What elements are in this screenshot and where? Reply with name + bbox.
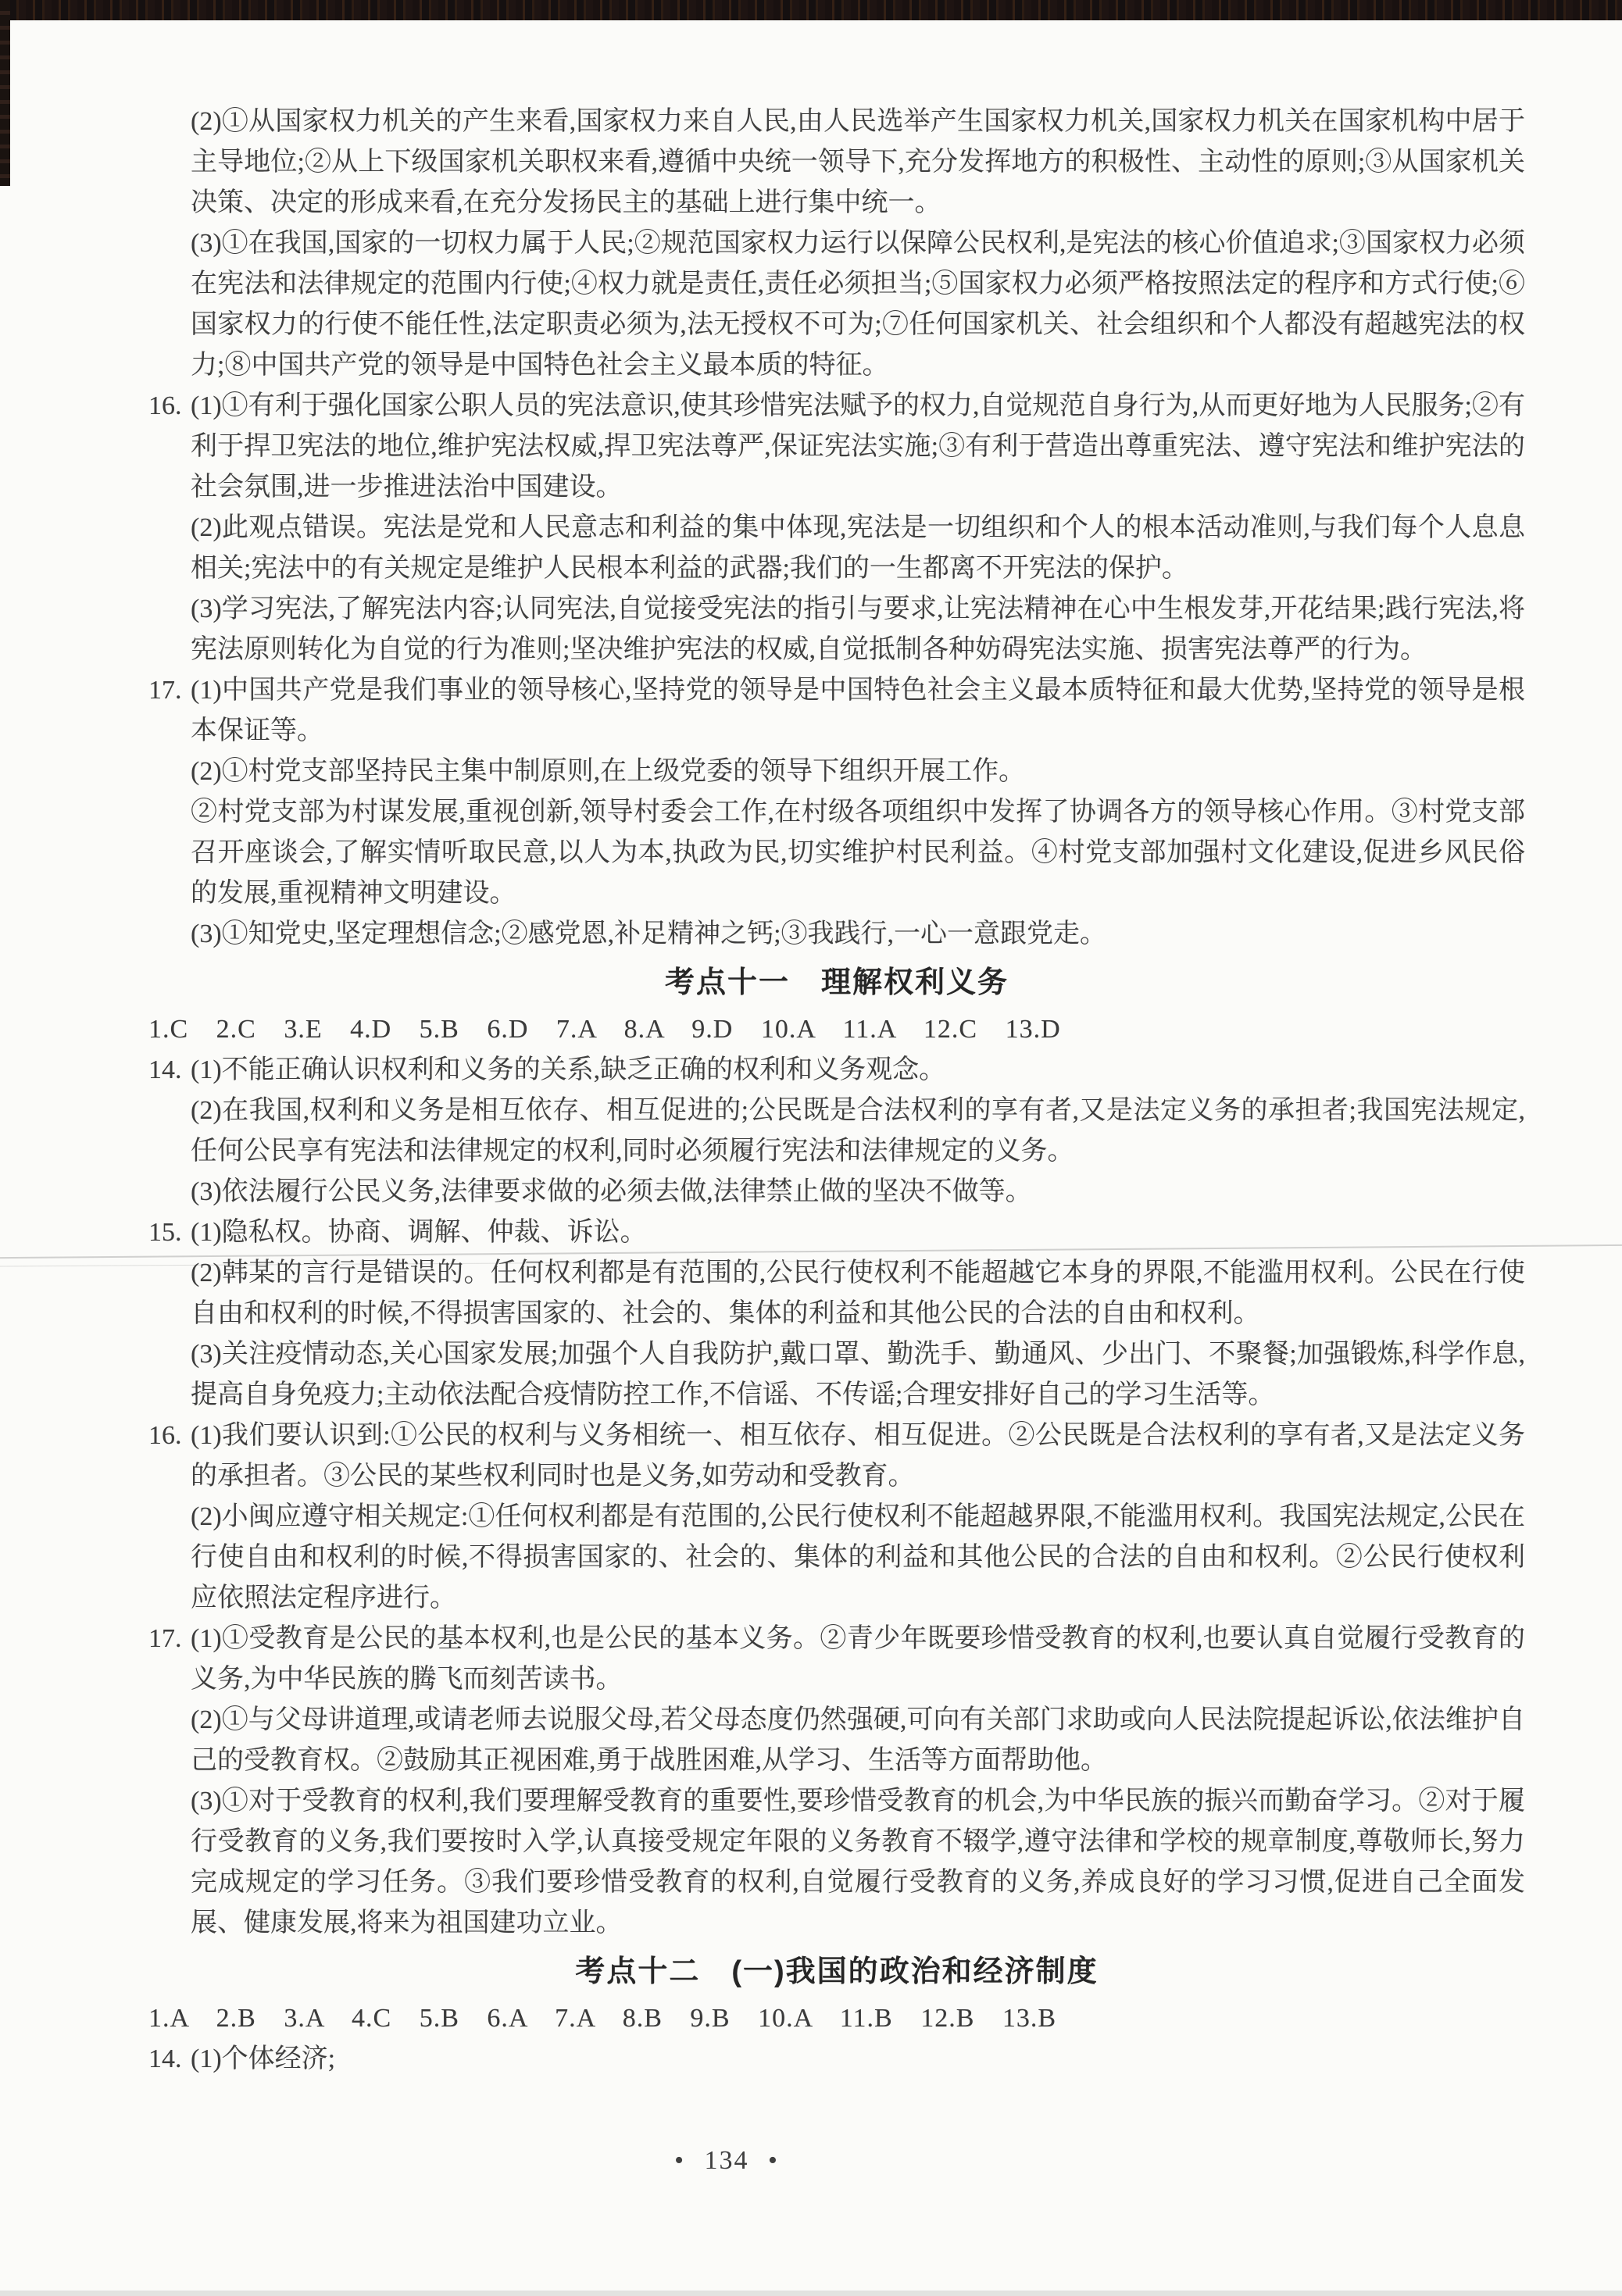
answer-text: (1)①受教育是公民的基本权利,也是公民的基本义务。②青少年既要珍惜受教育的权利… <box>191 1619 1525 1700</box>
answer-paragraph: 16. (1)①有利于强化国家公职人员的宪法意识,使其珍惜宪法赋予的权力,自觉规… <box>148 386 1525 508</box>
answer-paragraph: (2)小闽应遵守相关规定:①任何权利都是有范围的,公民行使权利不能超越界限,不能… <box>148 1497 1525 1619</box>
item-number: 16. <box>148 1416 191 1497</box>
answer-text: (3)①对于受教育的权利,我们要理解受教育的重要性,要珍惜受教育的机会,为中华民… <box>191 1781 1525 1944</box>
answer-text: (1)个体经济; <box>191 2039 1525 2080</box>
scan-artifact-left-edge <box>0 0 10 186</box>
scan-artifact-bottom-edge <box>0 2291 1622 2296</box>
item-number: 15. <box>148 1212 191 1253</box>
item-number: 14. <box>148 1050 191 1091</box>
item-number: 17. <box>148 670 191 752</box>
answer-text: (3)①在我国,国家的一切权力属于人民;②规范国家权力运行以保障公民权利,是宪法… <box>191 223 1525 386</box>
item-number <box>148 752 191 792</box>
item-number <box>148 1253 191 1334</box>
choice-answers-row-kaodian-11: 1.C 2.C 3.E 4.D 5.B 6.D 7.A 8.A 9.D 10.A… <box>148 1009 1525 1050</box>
scanned-answer-page: (2)①从国家权力机关的产生来看,国家权力来自人民,由人民选举产生国家权力机关,… <box>0 0 1622 2296</box>
item-number <box>148 1497 191 1619</box>
answer-text: (3)①知党史,坚定理想信念;②感党恩,补足精神之钙;③我践行,一心一意跟党走。 <box>191 914 1525 955</box>
answer-paragraph: (3)①知党史,坚定理想信念;②感党恩,补足精神之钙;③我践行,一心一意跟党走。 <box>148 914 1525 955</box>
answer-text: (2)韩某的言行是错误的。任何权利都是有范围的,公民行使权利不能超越它本身的界限… <box>191 1253 1525 1334</box>
answer-paragraph: (2)在我国,权利和义务是相互依存、相互促进的;公民既是合法权利的享有者,又是法… <box>148 1091 1525 1172</box>
page-number-dot: • <box>768 2146 779 2175</box>
answer-text: (3)关注疫情动态,关心国家发展;加强个人自我防护,戴口罩、勤洗手、勤通风、少出… <box>191 1334 1525 1416</box>
answer-text: ②村党支部为村谋发展,重视创新,领导村委会工作,在村级各项组织中发挥了协调各方的… <box>191 792 1525 914</box>
answer-paragraph: 14. (1)个体经济; <box>148 2039 1525 2080</box>
item-number: 14. <box>148 2039 191 2080</box>
page-number-dot: • <box>674 2146 685 2175</box>
answer-paragraph: 17. (1)①受教育是公民的基本权利,也是公民的基本义务。②青少年既要珍惜受教… <box>148 1619 1525 1700</box>
item-number <box>148 1091 191 1172</box>
item-number <box>148 102 191 223</box>
item-number <box>148 792 191 914</box>
answer-text: (2)①村党支部坚持民主集中制原则,在上级党委的领导下组织开展工作。 <box>191 752 1525 792</box>
answer-paragraph: (3)①对于受教育的权利,我们要理解受教育的重要性,要珍惜受教育的机会,为中华民… <box>148 1781 1525 1944</box>
page-number: • 134 • <box>0 2141 1453 2181</box>
section-header-kaodian-12: 考点十二 (一)我国的政治和经济制度 <box>148 1950 1525 1994</box>
item-number: 17. <box>148 1619 191 1700</box>
answer-text: (2)①从国家权力机关的产生来看,国家权力来自人民,由人民选举产生国家权力机关,… <box>191 102 1525 223</box>
answer-text: (1)中国共产党是我们事业的领导核心,坚持党的领导是中国特色社会主义最本质特征和… <box>191 670 1525 752</box>
answer-text: (1)我们要认识到:①公民的权利与义务相统一、相互依存、相互促进。②公民既是合法… <box>191 1416 1525 1497</box>
answer-text: (1)不能正确认识权利和义务的关系,缺乏正确的权利和义务观念。 <box>191 1050 1525 1091</box>
answer-text: (1)①有利于强化国家公职人员的宪法意识,使其珍惜宪法赋予的权力,自觉规范自身行… <box>191 386 1525 508</box>
item-number <box>148 1172 191 1212</box>
item-number: 16. <box>148 386 191 508</box>
answer-paragraph: (2)①从国家权力机关的产生来看,国家权力来自人民,由人民选举产生国家权力机关,… <box>148 102 1525 223</box>
answer-text: (2)①与父母讲道理,或请老师去说服父母,若父母态度仍然强硬,可向有关部门求助或… <box>191 1700 1525 1781</box>
answer-text: (2)小闽应遵守相关规定:①任何权利都是有范围的,公民行使权利不能超越界限,不能… <box>191 1497 1525 1619</box>
choice-answers-row-kaodian-12: 1.A 2.B 3.A 4.C 5.B 6.A 7.A 8.B 9.B 10.A… <box>148 1998 1525 2039</box>
item-number <box>148 1781 191 1944</box>
answer-text: (1)隐私权。协商、调解、仲裁、诉讼。 <box>191 1212 1525 1253</box>
scan-artifact-top-edge <box>0 0 1622 20</box>
item-number <box>148 914 191 955</box>
answer-key-content: (2)①从国家权力机关的产生来看,国家权力来自人民,由人民选举产生国家权力机关,… <box>148 102 1525 2080</box>
item-number <box>148 1334 191 1416</box>
item-number <box>148 508 191 589</box>
item-number <box>148 589 191 670</box>
section-header-kaodian-11: 考点十一 理解权利义务 <box>148 961 1525 1005</box>
answer-text: (2)此观点错误。宪法是党和人民意志和利益的集中体现,宪法是一切组织和个人的根本… <box>191 508 1525 589</box>
answer-paragraph: (3)①在我国,国家的一切权力属于人民;②规范国家权力运行以保障公民权利,是宪法… <box>148 223 1525 386</box>
answer-paragraph: (3)依法履行公民义务,法律要求做的必须去做,法律禁止做的坚决不做等。 <box>148 1172 1525 1212</box>
answer-paragraph: (2)①与父母讲道理,或请老师去说服父母,若父母态度仍然强硬,可向有关部门求助或… <box>148 1700 1525 1781</box>
answer-paragraph: ②村党支部为村谋发展,重视创新,领导村委会工作,在村级各项组织中发挥了协调各方的… <box>148 792 1525 914</box>
answer-text: (3)学习宪法,了解宪法内容;认同宪法,自觉接受宪法的指引与要求,让宪法精神在心… <box>191 589 1525 670</box>
answer-paragraph: (2)①村党支部坚持民主集中制原则,在上级党委的领导下组织开展工作。 <box>148 752 1525 792</box>
answer-paragraph: 16. (1)我们要认识到:①公民的权利与义务相统一、相互依存、相互促进。②公民… <box>148 1416 1525 1497</box>
answer-paragraph: (3)学习宪法,了解宪法内容;认同宪法,自觉接受宪法的指引与要求,让宪法精神在心… <box>148 589 1525 670</box>
answer-text: (3)依法履行公民义务,法律要求做的必须去做,法律禁止做的坚决不做等。 <box>191 1172 1525 1212</box>
answer-paragraph: 15. (1)隐私权。协商、调解、仲裁、诉讼。 <box>148 1212 1525 1253</box>
item-number <box>148 223 191 386</box>
page-number-value: 134 <box>705 2146 749 2175</box>
answer-paragraph: (2)韩某的言行是错误的。任何权利都是有范围的,公民行使权利不能超越它本身的界限… <box>148 1253 1525 1334</box>
answer-paragraph: (2)此观点错误。宪法是党和人民意志和利益的集中体现,宪法是一切组织和个人的根本… <box>148 508 1525 589</box>
answer-paragraph: (3)关注疫情动态,关心国家发展;加强个人自我防护,戴口罩、勤洗手、勤通风、少出… <box>148 1334 1525 1416</box>
answer-paragraph: 17. (1)中国共产党是我们事业的领导核心,坚持党的领导是中国特色社会主义最本… <box>148 670 1525 752</box>
answer-text: (2)在我国,权利和义务是相互依存、相互促进的;公民既是合法权利的享有者,又是法… <box>191 1091 1525 1172</box>
item-number <box>148 1700 191 1781</box>
answer-paragraph: 14. (1)不能正确认识权利和义务的关系,缺乏正确的权利和义务观念。 <box>148 1050 1525 1091</box>
